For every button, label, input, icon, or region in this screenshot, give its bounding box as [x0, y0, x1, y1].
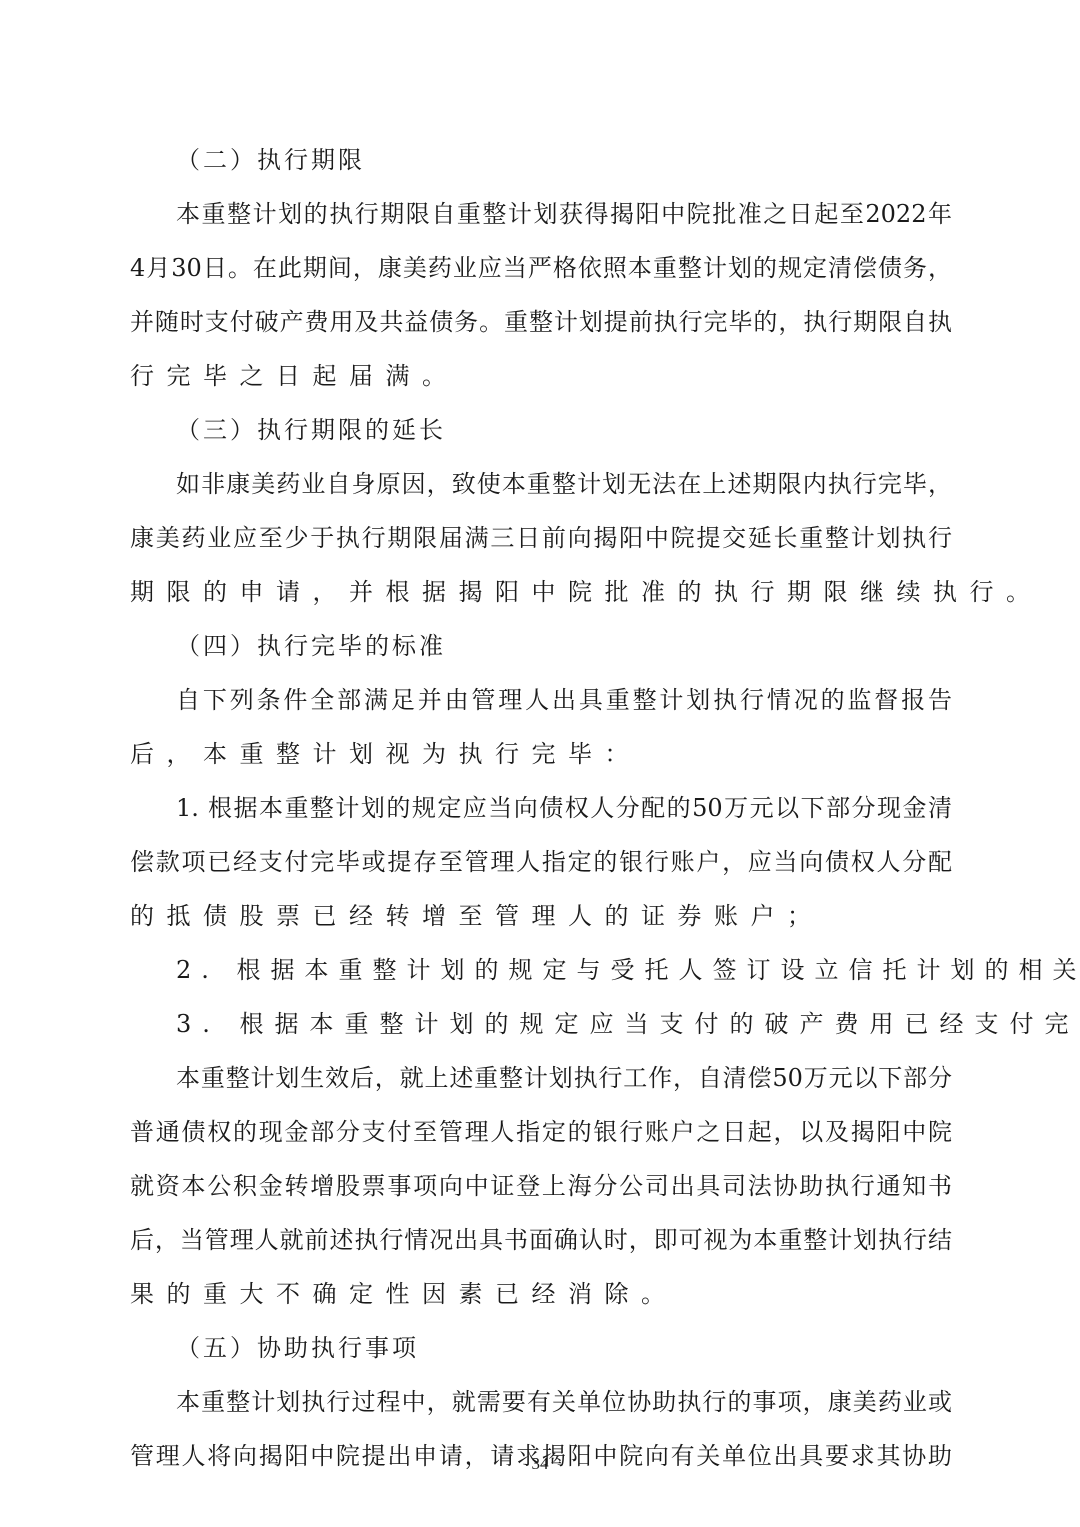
page-number: 34	[0, 1454, 1080, 1474]
section-completion-standard: （四）执行完毕的标准 自下列条件全部满足并由管理人出具重整计划执行情况的监督报告…	[130, 626, 952, 1328]
paragraph-line: 2. 根据本重整计划的规定与受托人签订设立信托计划的相关协议；	[130, 950, 952, 1004]
document-page: （二）执行期限 本重整计划的执行期限自重整计划获得揭阳中院批准之日起至2022年…	[130, 140, 952, 1490]
section-period-extension: （三）执行期限的延长 如非康美药业自身原因，致使本重整计划无法在上述期限内执行完…	[130, 410, 952, 626]
paragraph-line: 普通债权的现金部分支付至管理人指定的银行账户之日起，以及揭阳中院	[130, 1112, 952, 1166]
paragraph-line: 行完毕之日起届满。	[130, 356, 952, 410]
paragraph-line: 1. 根据本重整计划的规定应当向债权人分配的50万元以下部分现金清	[130, 788, 952, 842]
section-heading: （四）执行完毕的标准	[130, 626, 952, 680]
paragraph-line: 本重整计划生效后，就上述重整计划执行工作，自清偿50万元以下部分	[130, 1058, 952, 1112]
paragraph-line: 果的重大不确定性因素已经消除。	[130, 1274, 952, 1328]
paragraph-line: 并随时支付破产费用及共益债务。重整计划提前执行完毕的，执行期限自执	[130, 302, 952, 356]
list-item-3: 3. 根据本重整计划的规定应当支付的破产费用已经支付完毕。	[130, 1004, 952, 1058]
section-heading: （三）执行期限的延长	[130, 410, 952, 464]
paragraph-line: 期限的申请，并根据揭阳中院批准的执行期限继续执行。	[130, 572, 952, 626]
list-item-2: 2. 根据本重整计划的规定与受托人签订设立信托计划的相关协议；	[130, 950, 952, 1004]
paragraph-line: 自下列条件全部满足并由管理人出具重整计划执行情况的监督报告	[130, 680, 952, 734]
paragraph-line: 后，当管理人就前述执行情况出具书面确认时，即可视为本重整计划执行结	[130, 1220, 952, 1274]
paragraph-line: 3. 根据本重整计划的规定应当支付的破产费用已经支付完毕。	[130, 1004, 952, 1058]
paragraph-line: 本重整计划的执行期限自重整计划获得揭阳中院批准之日起至2022年	[130, 194, 952, 248]
paragraph-line: 就资本公积金转增股票事项向中证登上海分公司出具司法协助执行通知书	[130, 1166, 952, 1220]
paragraph-line: 本重整计划执行过程中，就需要有关单位协助执行的事项，康美药业或	[130, 1382, 952, 1436]
paragraph: 自下列条件全部满足并由管理人出具重整计划执行情况的监督报告 后，本重整计划视为执…	[130, 680, 952, 788]
section-heading: （二）执行期限	[130, 140, 952, 194]
section-heading: （五）协助执行事项	[130, 1328, 952, 1382]
section-execution-period: （二）执行期限 本重整计划的执行期限自重整计划获得揭阳中院批准之日起至2022年…	[130, 140, 952, 410]
paragraph-line: 如非康美药业自身原因，致使本重整计划无法在上述期限内执行完毕，	[130, 464, 952, 518]
paragraph-line: 4月30日。在此期间，康美药业应当严格依照本重整计划的规定清偿债务，	[130, 248, 952, 302]
list-item-1: 1. 根据本重整计划的规定应当向债权人分配的50万元以下部分现金清 偿款项已经支…	[130, 788, 952, 950]
paragraph-line: 偿款项已经支付完毕或提存至管理人指定的银行账户，应当向债权人分配	[130, 842, 952, 896]
paragraph-line: 后，本重整计划视为执行完毕：	[130, 734, 952, 788]
paragraph-line: 康美药业应至少于执行期限届满三日前向揭阳中院提交延长重整计划执行	[130, 518, 952, 572]
paragraph-line: 的抵债股票已经转增至管理人的证券账户；	[130, 896, 952, 950]
paragraph: 本重整计划的执行期限自重整计划获得揭阳中院批准之日起至2022年 4月30日。在…	[130, 194, 952, 410]
paragraph: 本重整计划生效后，就上述重整计划执行工作，自清偿50万元以下部分 普通债权的现金…	[130, 1058, 952, 1328]
paragraph: 如非康美药业自身原因，致使本重整计划无法在上述期限内执行完毕， 康美药业应至少于…	[130, 464, 952, 626]
